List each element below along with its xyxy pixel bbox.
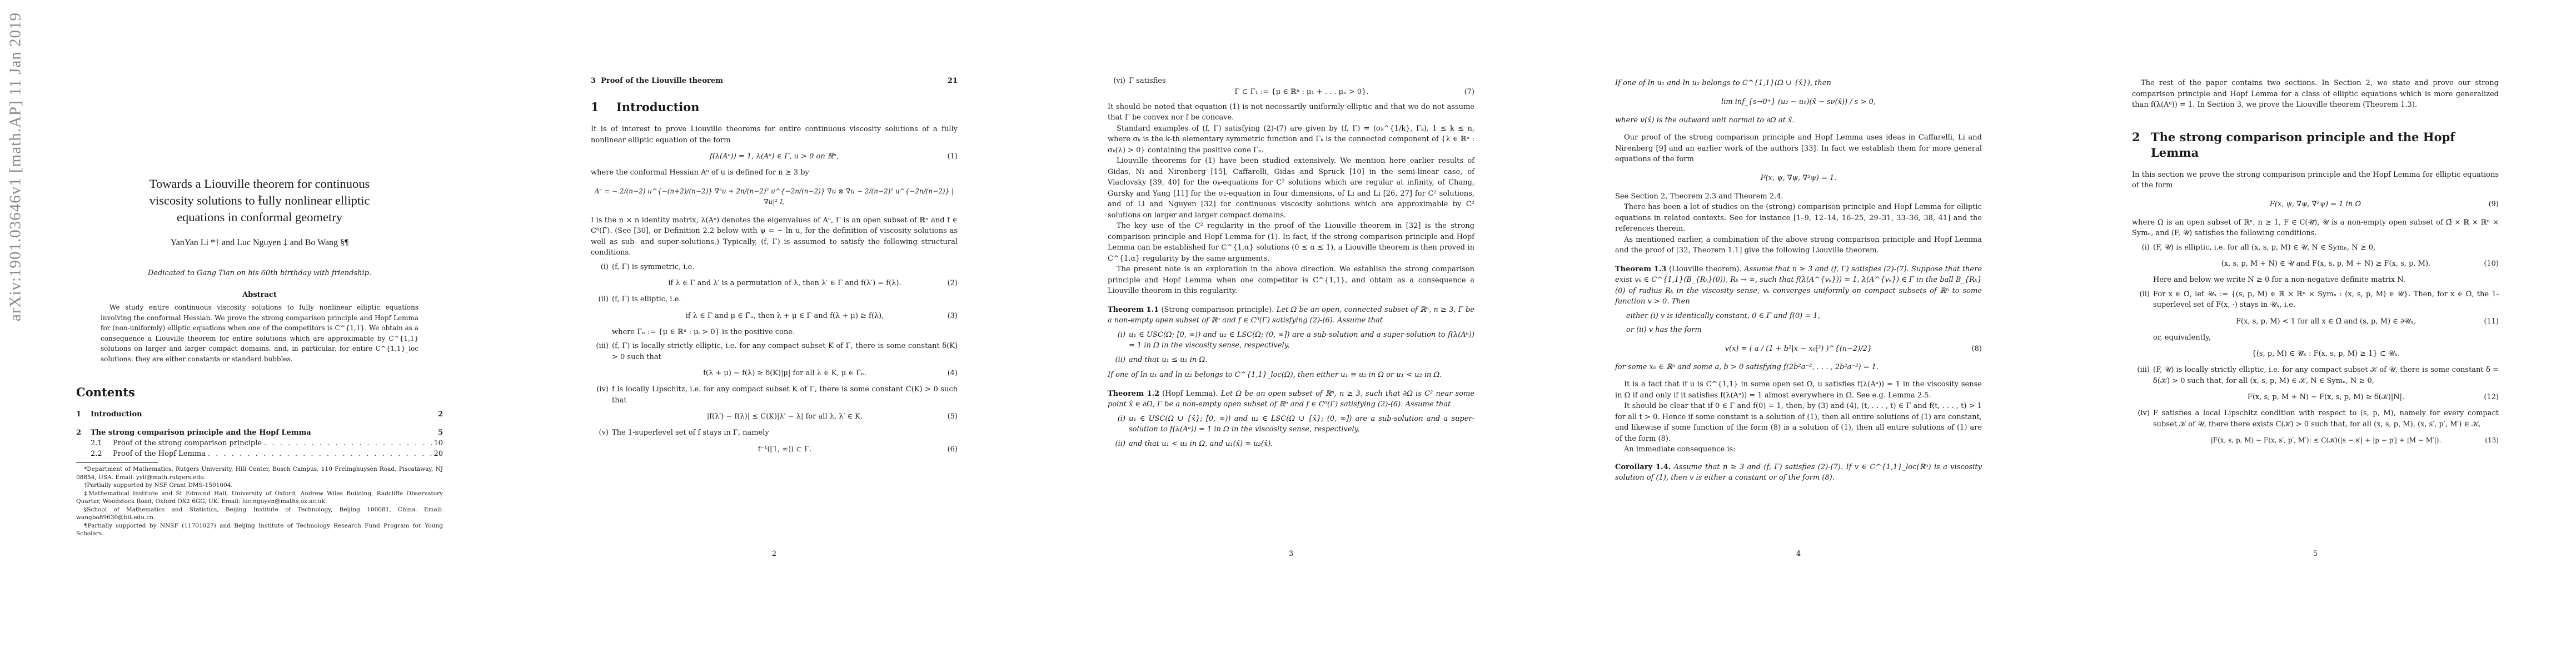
hessian-intro: where the conformal Hessian Aᵘ of u is d… bbox=[591, 167, 958, 178]
toc-entry-introduction[interactable]: 1 Introduction 2 bbox=[76, 409, 443, 420]
paragraph-immediate: An immediate consequence is: bbox=[1615, 444, 1982, 455]
theorem-1-3-either: either (i) v is identically constant, 0 … bbox=[1615, 311, 1982, 322]
equation-10: (x, s, p, M + N) ∈ 𝒰 and F(x, s, p, M + … bbox=[2153, 258, 2499, 269]
toc-tail-entry[interactable]: 3 Proof of the Liouville theorem 21 bbox=[591, 77, 958, 85]
paragraph-rest-of-paper: The rest of the paper contains two secti… bbox=[2132, 78, 2499, 111]
page-2: 3 Proof of the Liouville theorem 21 1 In… bbox=[591, 0, 958, 667]
condition-ii: (ii) (f, Γ) is elliptic, i.e. if λ ∈ Γ a… bbox=[591, 294, 958, 337]
theorem-1-3: Theorem 1.3 (Liouville theorem). Assume … bbox=[1615, 264, 1982, 307]
paragraph-clear: It should be clear that if 0 ∈ Γ and f(0… bbox=[1615, 401, 1982, 444]
contents-heading: Contents bbox=[76, 385, 443, 399]
toc-leader-dots: . . . . . . . . . . . . . . . . . . . . … bbox=[262, 438, 434, 449]
equation-13: |F(x, s, p, M) − F(x, s′, p′, M′)| ≤ C(𝒦… bbox=[2153, 435, 2499, 446]
see-section-note: See Section 2, Theorem 2.3 and Theorem 2… bbox=[1615, 191, 1982, 202]
paragraph-present-note: The present note is an exploration in th… bbox=[1108, 264, 1474, 297]
page-1: arXiv:1901.03646v1 [math.AP] 11 Jan 2019… bbox=[0, 0, 517, 667]
page-5: The rest of the paper contains two secti… bbox=[2132, 0, 2499, 667]
table-of-contents: 1 Introduction 2 2 The strong comparison… bbox=[76, 409, 443, 459]
footnote-rule bbox=[76, 462, 158, 463]
condition-F-i: (i) (F, 𝒰) is elliptic, i.e. for all (x,… bbox=[2132, 242, 2499, 286]
theorem-1-2-item-i: (i) u₁ ∈ USC(Ω ∪ {x̂}; [0, ∞)) and u₂ ∈ … bbox=[1108, 414, 1474, 435]
equation-12: F(x, s, p, M + N) − F(x, s, p, M) ≥ δ(𝒦)… bbox=[2153, 392, 2499, 402]
equation-2: if λ ∈ Γ and λ′ is a permutation of λ, t… bbox=[612, 278, 958, 288]
paragraph-section-intro: In this section we prove the strong comp… bbox=[2132, 170, 2499, 191]
theorem-1-2-item-ii: (ii) and that u₁ < u₂ in Ω, and u₁(x̂) =… bbox=[1108, 439, 1474, 450]
page-number: 5 bbox=[2132, 550, 2499, 558]
arxiv-stamp: arXiv:1901.03646v1 [math.AP] 11 Jan 2019 bbox=[3, 22, 28, 311]
equation-11: F(x, s, p, M) < 1 for all x ∈ Ω̄ and (s,… bbox=[2153, 316, 2499, 327]
theorem-1-1-conclusion: If one of ln u₁ and ln u₂ belongs to C^{… bbox=[1108, 370, 1474, 381]
page-3: (vi) Γ satisfies Γ ⊂ Γ₁ := {μ ∈ ℝⁿ : μ₁ … bbox=[1108, 0, 1474, 667]
theorem-1-1-item-i: (i) u₁ ∈ USC(Ω; [0, ∞)) and u₂ ∈ LSC(Ω; … bbox=[1108, 330, 1474, 351]
toc-entry-proof-hopf[interactable]: 2.2 Proof of the Hopf Lemma . . . . . . … bbox=[76, 449, 443, 459]
equation-11-equivalent: {(s, p, M) ∈ 𝒰̄ₓ : F(x, s, p, M) ≥ 1} ⊂ … bbox=[2153, 349, 2499, 359]
paragraph-as-mentioned: As mentioned earlier, a combination of t… bbox=[1615, 235, 1982, 256]
page-4: If one of ln u₁ and ln u₂ belongs to C^{… bbox=[1615, 0, 1982, 667]
footnote-affiliation-nguyen: ‡Mathematical Institute and St Edmund Ha… bbox=[76, 490, 443, 506]
general-equation: F(x, ψ, ∇ψ, ∇²ψ) = 1. bbox=[1615, 173, 1982, 183]
condition-v: (v) The 1-superlevel set of f stays in Γ… bbox=[591, 427, 958, 455]
paragraph-fact: It is a fact that if u is C^{1,1} in som… bbox=[1615, 379, 1982, 401]
conformal-hessian-equation: Aᵘ = − 2/(n−2) u^{−(n+2)/(n−2)} ∇²u + 2n… bbox=[591, 186, 958, 207]
outward-normal-note: where ν(x̂) is the outward unit normal t… bbox=[1615, 115, 1982, 126]
equation-7: Γ ⊂ Γ₁ := {μ ∈ ℝⁿ : μ₁ + . . . μₙ > 0}.(… bbox=[1129, 87, 1474, 97]
abstract-text: We study entire continuous viscosity sol… bbox=[101, 302, 418, 364]
equation-8: v(x) = ( a / (1 + b²|x − x₀|²) )^{(n−2)/… bbox=[1615, 344, 1982, 354]
paragraph-not-uniformly-elliptic: It should be noted that equation (1) is … bbox=[1108, 102, 1474, 123]
condition-F-iv: (iv) F satisfies a local Lipschitz condi… bbox=[2132, 408, 2499, 446]
toc-entry-proof-comparison[interactable]: 2.1 Proof of the strong comparison princ… bbox=[76, 438, 443, 449]
intro-paragraph: It is of interest to prove Liouville the… bbox=[591, 124, 958, 146]
page-number: 3 bbox=[1108, 550, 1474, 558]
footnote-grant-wang: ¶Partially supported by NNSF (11701027) … bbox=[76, 522, 443, 538]
condition-F-iii: (iii) (F, 𝒰) is locally strictly ellipti… bbox=[2132, 365, 2499, 402]
toc-leader-dots: . . . . . . . . . . . . . . . . . . . . … bbox=[206, 449, 434, 459]
page-number: 4 bbox=[1615, 550, 1982, 558]
paragraph-proof-ideas: Our proof of the strong comparison princ… bbox=[1615, 132, 1982, 165]
condition-vi: (vi) Γ satisfies Γ ⊂ Γ₁ := {μ ∈ ℝⁿ : μ₁ … bbox=[1108, 76, 1474, 97]
paragraph-structural-conditions: I is the n × n identity matrix, λ(Aᵘ) de… bbox=[591, 215, 958, 258]
paragraph-standard-examples: Standard examples of (f, Γ) satisfying (… bbox=[1108, 123, 1474, 156]
footnote-grant-li: †Partially supported by NSF Grant DMS-15… bbox=[76, 481, 443, 490]
theorem-1-2: Theorem 1.2 (Hopf Lemma). Let Ω be an op… bbox=[1108, 389, 1474, 410]
corollary-1-4: Corollary 1.4. Assume that n ≥ 3 and (f,… bbox=[1615, 462, 1982, 484]
footnote-affiliation-wang: §School of Mathematics and Statistics, B… bbox=[76, 506, 443, 522]
authors: YanYan Li *† and Luc Nguyen ‡ and Bo Wan… bbox=[76, 238, 443, 248]
condition-iv: (iv) f is locally Lipschitz, i.e. for an… bbox=[591, 384, 958, 422]
condition-iii: (iii) (f, Γ) is locally strictly ellipti… bbox=[591, 341, 958, 379]
equation-1: f(λ(Aᵘ)) = 1, λ(Aᵘ) ∈ Γ, u > 0 on ℝⁿ, (1… bbox=[591, 151, 958, 162]
section-heading-strong-comparison: 2 The strong comparison principle and th… bbox=[2132, 130, 2499, 161]
equation-4: f(λ + μ) − f(λ) ≥ δ(K)|μ| for all λ ∈ K,… bbox=[612, 368, 958, 379]
theorem-1-3-or: or (ii) v has the form bbox=[1615, 325, 1982, 336]
liminf-equation: lim inf_{s→0⁺} (u₂ − u₁)(x̂ − sν(x̂)) / … bbox=[1615, 97, 1982, 107]
equation-3: if λ ∈ Γ and μ ∈ Γ̄ₙ, then λ + μ ∈ Γ and… bbox=[612, 311, 958, 321]
paragraph-c2-regularity: The key use of the C² regularity in the … bbox=[1108, 221, 1474, 264]
theorem-1-1: Theorem 1.1 (Strong comparison principle… bbox=[1108, 305, 1474, 326]
dedication: Dedicated to Gang Tian on his 60th birth… bbox=[76, 269, 443, 277]
paragraph-where-omega: where Ω is an open subset of ℝⁿ, n ≥ 1, … bbox=[2132, 217, 2499, 239]
equation-9: F(x, ψ, ∇ψ, ∇²ψ) = 1 in Ω (9) bbox=[2132, 199, 2499, 210]
theorem-1-1-item-ii: (ii) and that u₁ ≤ u₂ in Ω. bbox=[1108, 355, 1474, 366]
abstract-heading: Abstract bbox=[76, 291, 443, 299]
condition-F-ii: (ii) For x ∈ Ω̄, let 𝒰ₓ := {(s, p, M) ∈ … bbox=[2132, 289, 2499, 360]
footnotes: *Department of Mathematics, Rutgers Univ… bbox=[76, 465, 443, 538]
paragraph-related-studies: There has been a lot of studies on the (… bbox=[1615, 202, 1982, 235]
condition-i: (i) (f, Γ) is symmetric, i.e. if λ ∈ Γ a… bbox=[591, 262, 958, 289]
paragraph-liouville-history: Liouville theorems for (1) have been stu… bbox=[1108, 156, 1474, 221]
page-number: 1 bbox=[76, 195, 443, 203]
page-number: 2 bbox=[591, 550, 958, 558]
section-heading-introduction: 1 Introduction bbox=[591, 99, 958, 115]
theorem-1-3-conditions: for some x₀ ∈ ℝⁿ and some a, b > 0 satis… bbox=[1615, 362, 1982, 373]
equation-5: |f(λ′) − f(λ)| ≤ C(K)|λ′ − λ| for all λ,… bbox=[612, 411, 958, 422]
toc-entry-strong-comparison[interactable]: 2 The strong comparison principle and th… bbox=[76, 427, 443, 438]
equation-6: f⁻¹([1, ∞)) ⊂ Γ.(6) bbox=[612, 444, 958, 455]
footnote-affiliation-li: *Department of Mathematics, Rutgers Univ… bbox=[76, 465, 443, 481]
theorem-1-2-continued: If one of ln u₁ and ln u₂ belongs to C^{… bbox=[1615, 78, 1982, 89]
